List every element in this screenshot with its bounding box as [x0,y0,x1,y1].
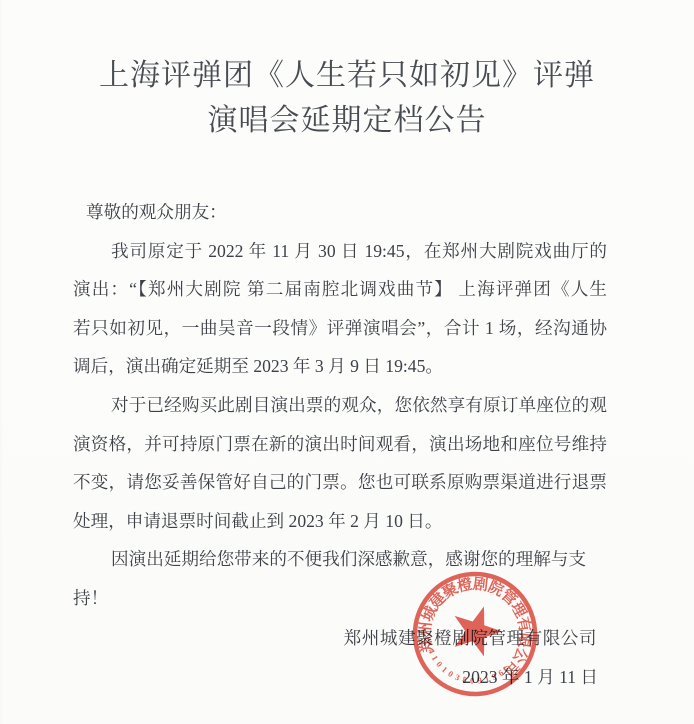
body-line: 处理，申请退票时间截止到 2023 年 2 月 10 日。 [73,502,607,541]
company-seal: 郑州城建聚橙剧院管理有限公司 410103809196 [393,552,557,716]
svg-text:410103809196: 410103809196 [420,644,507,696]
seal-serial-number: 410103809196 [420,644,507,696]
body-line: 不变，请您妥善保管好自己的门票。您也可联系原购票渠道进行退票 [73,463,607,502]
page-title-line-2: 演唱会延期定档公告 [0,98,694,143]
notice-document: 上海评弹团《人生若只如初见》评弹 演唱会延期定档公告 尊敬的观众朋友： 我司原定… [0,0,694,724]
body-line: 调后，演出确定延期至 2023 年 3 月 9 日 19:45。 [73,347,607,386]
page-title: 上海评弹团《人生若只如初见》评弹 演唱会延期定档公告 [0,53,694,143]
greeting-line: 尊敬的观众朋友： [73,193,607,232]
page-title-line-1: 上海评弹团《人生若只如初见》评弹 [0,53,694,98]
seal-star-icon [446,599,508,660]
body-line: 演出：“【郑州大剧院 第二届南腔北调戏曲节】 上海评弹团《人生 [73,270,607,309]
body-line: 我司原定于 2022 年 11 月 30 日 19:45，在郑州大剧院戏曲厅的 [73,232,607,271]
body-line: 对于已经购买此剧目演出票的观众，您依然享有原订单座位的观 [73,386,607,425]
body-line: 演资格，并可持原门票在新的演出时间观看，演出场地和座位号维持 [73,425,607,464]
body-line: 若只如初见，一曲吴音一段情》评弹演唱会”，合计 1 场，经沟通协 [73,309,607,348]
